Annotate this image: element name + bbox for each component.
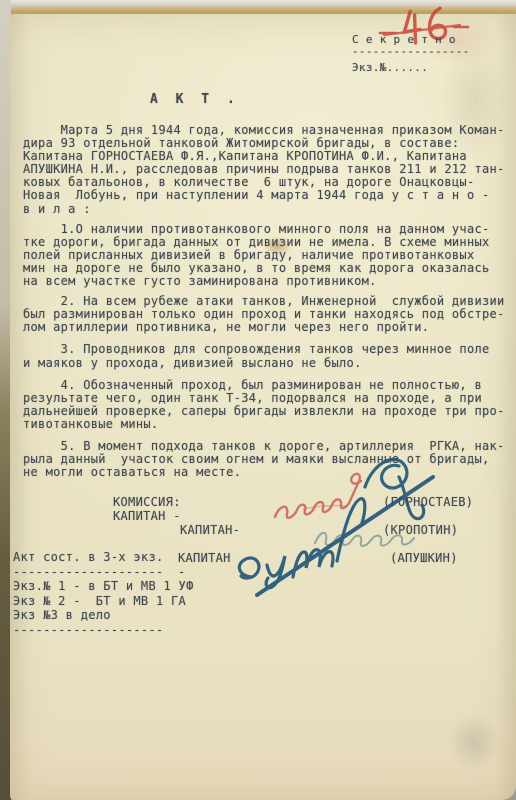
rank-label: КОМИССИЯ: КАПИТАН - (113, 495, 188, 523)
dashed-separator: ----------------- (352, 46, 470, 58)
document-paragraph: 4. Обозначенный проход, был разминирован… (23, 379, 507, 431)
copy-number-line: Экз.№...... (352, 62, 470, 74)
signature-apushkin (239, 459, 433, 595)
copies-note: Акт сост. в 3-х экз. (13, 550, 194, 565)
commission-row: КОМИССИЯ: КАПИТАН - (113, 495, 181, 523)
ink-signatures-overlay (215, 425, 470, 605)
document-title: А К Т . (150, 92, 240, 107)
document-paragraph: Марта 5 дня 1944 года, комиссия назначен… (23, 124, 507, 216)
document-paragraph: 3. Проводников для сопровождения танков … (23, 343, 507, 369)
dashed-separator: -------------------- (13, 565, 194, 580)
classification-stamp: С е к р е т н о ----------------- Экз.№.… (352, 34, 470, 74)
scanned-document-photo: { "page": { "page_number_handwritten": "… (0, 0, 516, 800)
document-paragraph: 1.О наличии противотанкового минного пол… (23, 223, 507, 288)
document-paragraph: 2. На всем рубеже атаки танков, Инженерн… (23, 295, 507, 334)
dashed-separator: -------------------- (13, 623, 194, 638)
copies-note-block: Акт сост. в 3-х экз. -------------------… (13, 550, 194, 638)
distribution-list: Экз.№ 1 - в БТ и МВ 1 УФ Экз № 2 - БТ и … (13, 579, 194, 623)
signature-gornostaev (275, 474, 361, 518)
